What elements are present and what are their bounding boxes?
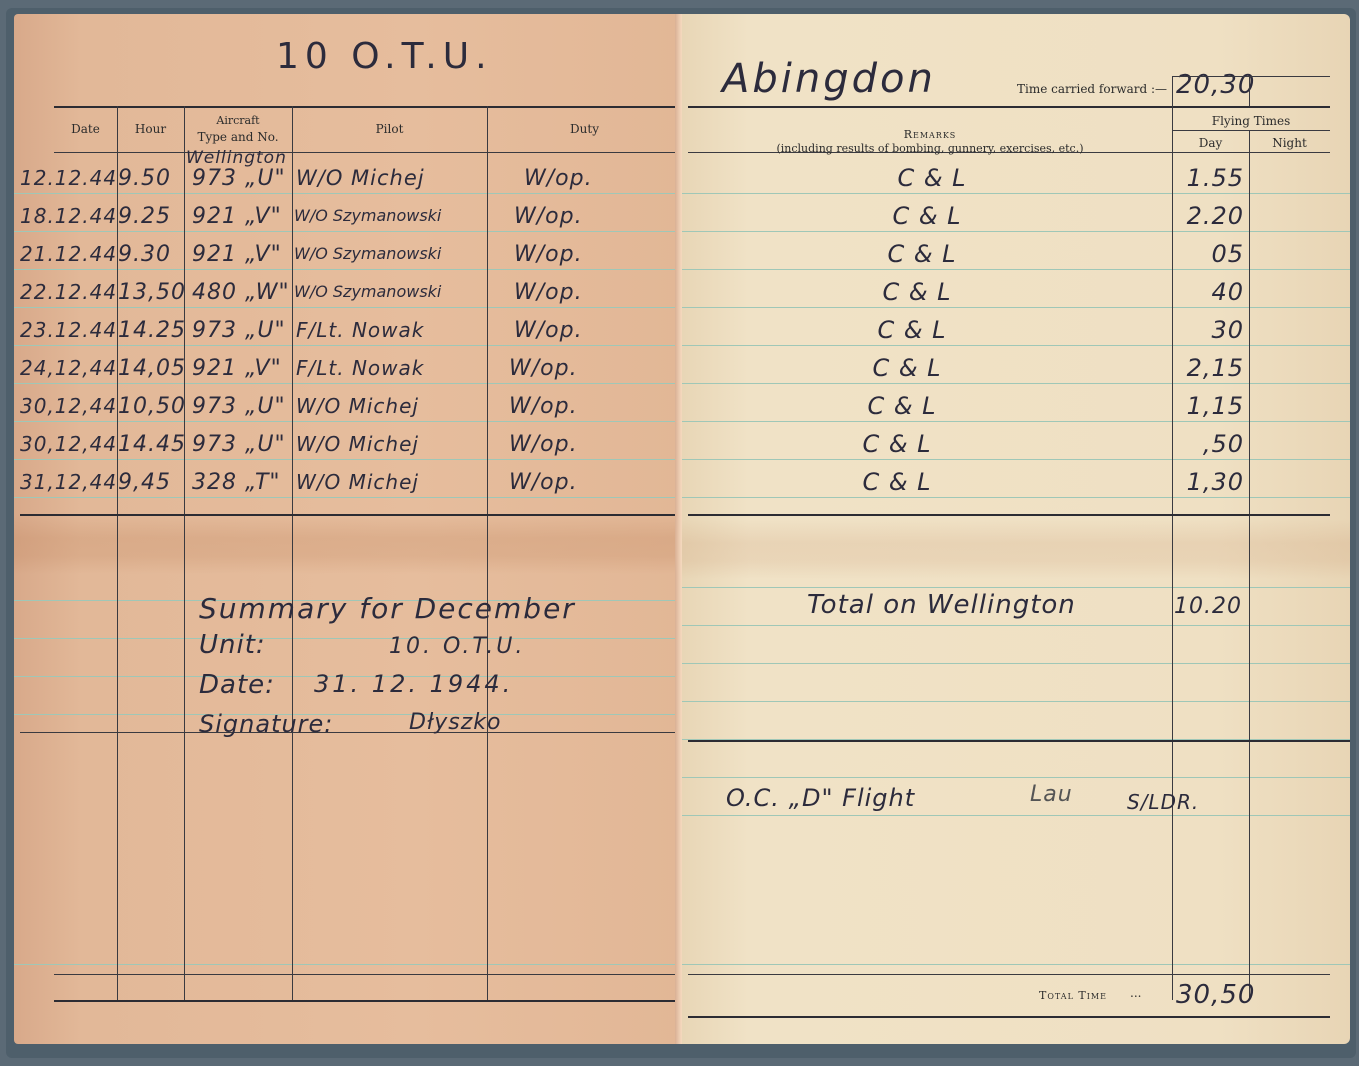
total-time-label: Total Time — [1039, 989, 1107, 1002]
total-time-value: 30,50 — [1176, 980, 1255, 1010]
remarks-subheader: (including results of bombing, gunnery, … — [688, 142, 1172, 155]
water-stain — [14, 514, 682, 574]
summary-unit-label: Unit: — [199, 630, 266, 660]
total-on-type-value: 10.20 — [1174, 594, 1242, 619]
col-header-date: Date — [54, 122, 117, 136]
unit-title: 10 O.T.U. — [276, 36, 493, 77]
summary-date-label: Date: — [199, 670, 275, 700]
col-header-pilot: Pilot — [292, 122, 487, 136]
carried-forward-label: Time carried forward :— — [1017, 82, 1167, 96]
total-on-type-label: Total on Wellington — [807, 590, 1076, 620]
day-header: Day — [1172, 136, 1249, 150]
summary-date-value: 31. 12. 1944. — [314, 670, 513, 698]
summary-unit-value: 10. O.T.U. — [389, 634, 525, 659]
summary-signature-label: Signature: — [199, 710, 333, 738]
oc-flight-label: O.C. „D" Flight — [726, 784, 915, 812]
remarks-header: Remarks — [688, 128, 1172, 141]
right-page: Abingdon Time carried forward :— 20,30 R… — [682, 14, 1350, 1044]
col-header-hour: Hour — [117, 122, 184, 136]
col-header-aircraft-1: Aircraft — [184, 114, 292, 127]
oc-rank: S/LDR. — [1127, 790, 1199, 814]
summary-signature: Dłyszko — [409, 710, 502, 735]
flying-times-header: Flying Times — [1172, 114, 1330, 128]
aircraft-type-note: Wellington — [186, 148, 287, 168]
oc-signature: Lau — [1030, 782, 1073, 807]
carried-forward-value: 20,30 — [1176, 70, 1255, 100]
left-page: 10 O.T.U. Date Hour Aircraft Type and No… — [14, 14, 682, 1044]
location-title: Abingdon — [722, 56, 936, 102]
col-header-duty: Duty — [487, 122, 682, 136]
total-time-dots: ... — [1130, 986, 1141, 1000]
night-header: Night — [1249, 136, 1330, 150]
summary-heading: Summary for December — [199, 592, 576, 625]
col-header-aircraft-2: Type and No. — [184, 130, 292, 144]
